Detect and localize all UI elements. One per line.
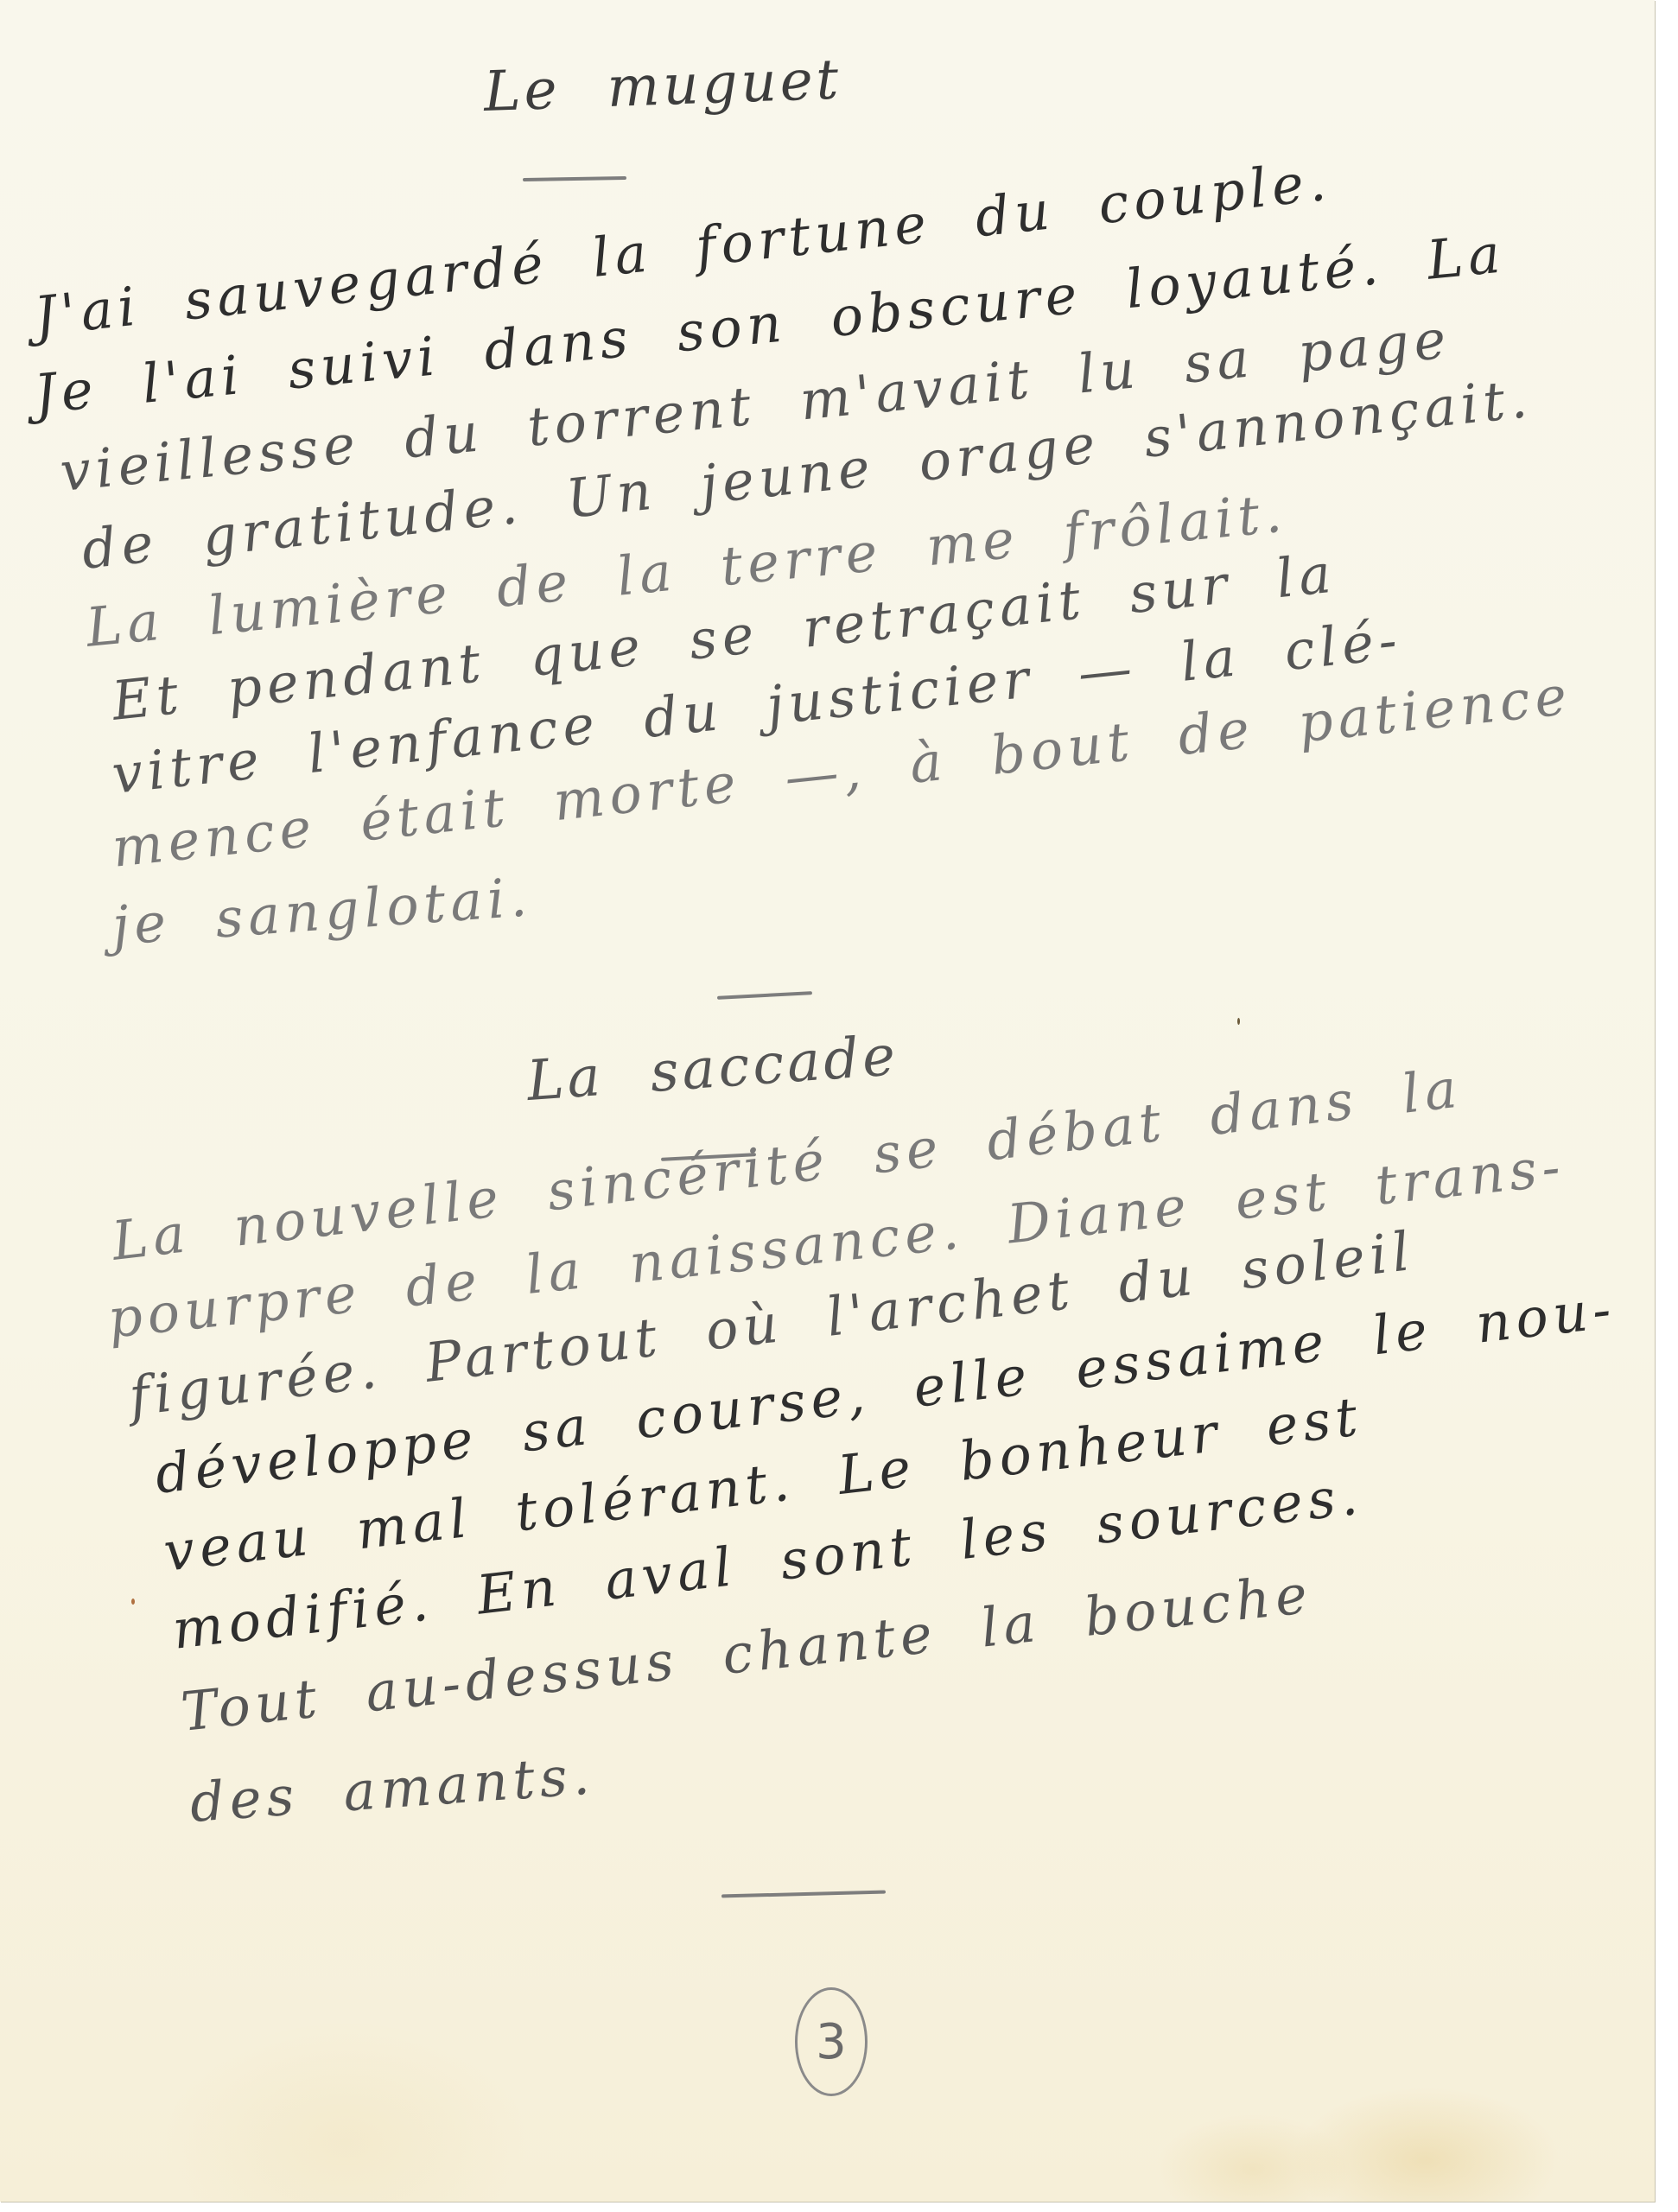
poem-title: Le muguet	[483, 48, 843, 124]
poem-line: des amants.	[188, 1743, 596, 1834]
section-separator	[717, 991, 812, 1000]
section-separator	[721, 1891, 886, 1898]
page-number-circle: 3	[795, 1987, 868, 2096]
ink-speck	[1237, 1018, 1240, 1025]
poem-line: je sanglotai.	[110, 865, 534, 957]
title-underline	[523, 176, 626, 181]
manuscript-page: Le muguet J'ai sauvegardé la fortune du …	[0, 0, 1655, 2202]
ink-speck	[131, 1599, 135, 1605]
page-number: 3	[816, 2014, 847, 2070]
poem-title: La saccade	[524, 1024, 900, 1114]
